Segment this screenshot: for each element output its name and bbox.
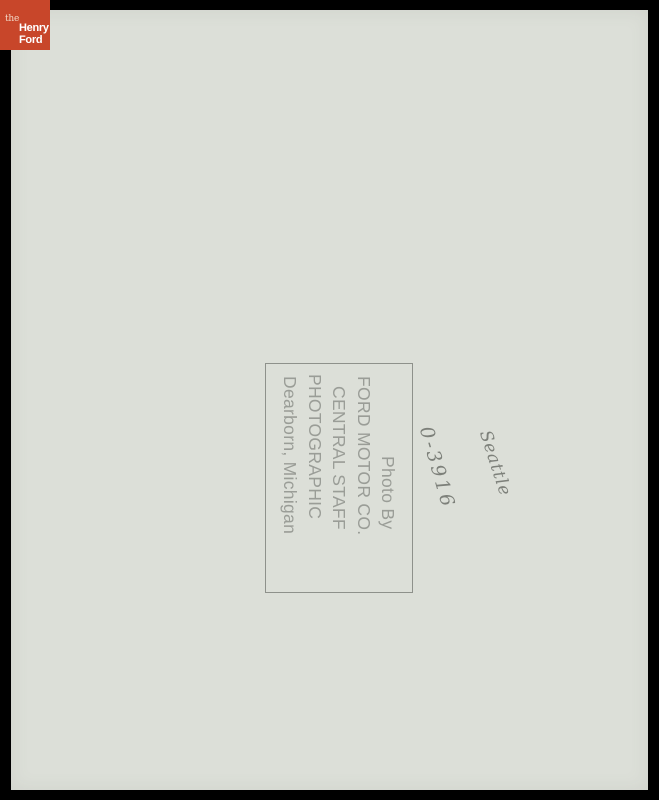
logo-henry: Henry [19, 22, 49, 34]
stamp-line-photo-by: Photo By [376, 364, 401, 592]
the-henry-ford-logo: the Henry Ford [0, 0, 50, 50]
logo-the: the [5, 14, 19, 24]
photographer-stamp: Photo By FORD MOTOR CO. CENTRAL STAFF PH… [265, 363, 413, 593]
stamp-line-location: Dearborn, Michigan [278, 364, 303, 592]
logo-ford: Ford [19, 34, 42, 46]
photo-print-back: Photo By FORD MOTOR CO. CENTRAL STAFF PH… [11, 10, 648, 790]
stamp-line-department: CENTRAL STAFF [327, 364, 352, 592]
stamp-line-company: FORD MOTOR CO. [351, 364, 376, 592]
stamp-text: Photo By FORD MOTOR CO. CENTRAL STAFF PH… [266, 364, 412, 592]
stamp-line-photographic: PHOTOGRAPHIC [302, 364, 327, 592]
